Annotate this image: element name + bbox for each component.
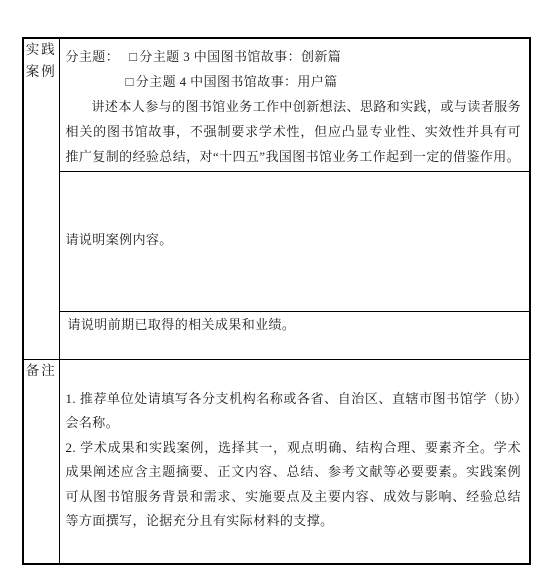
remarks-cell: 1. 推荐单位处请填写各分支机构名称或各省、自治区、直辖市图书馆学（协）会名称。…	[59, 359, 530, 564]
subtopic-line-2: □分主题 4 中国图书馆故事：用户篇	[66, 69, 522, 94]
subtopic-field-label: 分主题：	[66, 44, 120, 69]
practice-case-description: 讲述本人参与的图书馆业务工作中创新想法、思路和实践，或与读者服务相关的图书馆故事…	[66, 94, 522, 169]
practice-case-row-label-cell: 实践案例	[23, 38, 59, 359]
checkbox-unchecked-icon: □	[126, 74, 134, 89]
document-page: 实践案例 分主题： □分主题 3 中国图书馆故事：创新篇 □分主题 4 中国图书…	[0, 0, 548, 587]
achievements-prompt: 请说明前期已取得的相关成果和业绩。	[68, 312, 522, 337]
table-row: 请说明前期已取得的相关成果和业绩。	[23, 311, 530, 359]
subtopic-option-3-label: 分主题 3 中国图书馆故事：创新篇	[139, 49, 341, 64]
achievements-cell: 请说明前期已取得的相关成果和业绩。	[59, 311, 530, 359]
practice-case-label: 实践案例	[26, 42, 57, 79]
table-row: 备注 1. 推荐单位处请填写各分支机构名称或各省、自治区、直辖市图书馆学（协）会…	[23, 359, 530, 564]
subtopic-option-4-label: 分主题 4 中国图书馆故事：用户篇	[136, 74, 338, 89]
table-row: 实践案例 分主题： □分主题 3 中国图书馆故事：创新篇 □分主题 4 中国图书…	[23, 38, 530, 171]
remarks-item-1: 1. 推荐单位处请填写各分支机构名称或各省、自治区、直辖市图书馆学（协）会名称。	[66, 387, 522, 436]
table-row: 请说明案例内容。	[23, 171, 530, 311]
case-content-cell: 请说明案例内容。	[59, 171, 530, 311]
application-form-table: 实践案例 分主题： □分主题 3 中国图书馆故事：创新篇 □分主题 4 中国图书…	[22, 37, 531, 565]
subtopic-cell: 分主题： □分主题 3 中国图书馆故事：创新篇 □分主题 4 中国图书馆故事：用…	[59, 38, 530, 171]
remarks-item-2: 2. 学术成果和实践案例，选择其一，观点明确、结构合理、要素齐全。学术成果阐述应…	[66, 436, 522, 534]
case-content-prompt: 请说明案例内容。	[66, 227, 522, 252]
subtopic-option-3: □分主题 3 中国图书馆故事：创新篇	[129, 44, 341, 69]
remarks-row-label-cell: 备注	[23, 359, 59, 564]
subtopic-line-1: 分主题： □分主题 3 中国图书馆故事：创新篇	[66, 44, 522, 69]
remarks-label: 备注	[26, 363, 57, 378]
subtopic-option-4: □分主题 4 中国图书馆故事：用户篇	[126, 74, 338, 89]
checkbox-unchecked-icon: □	[129, 49, 137, 64]
